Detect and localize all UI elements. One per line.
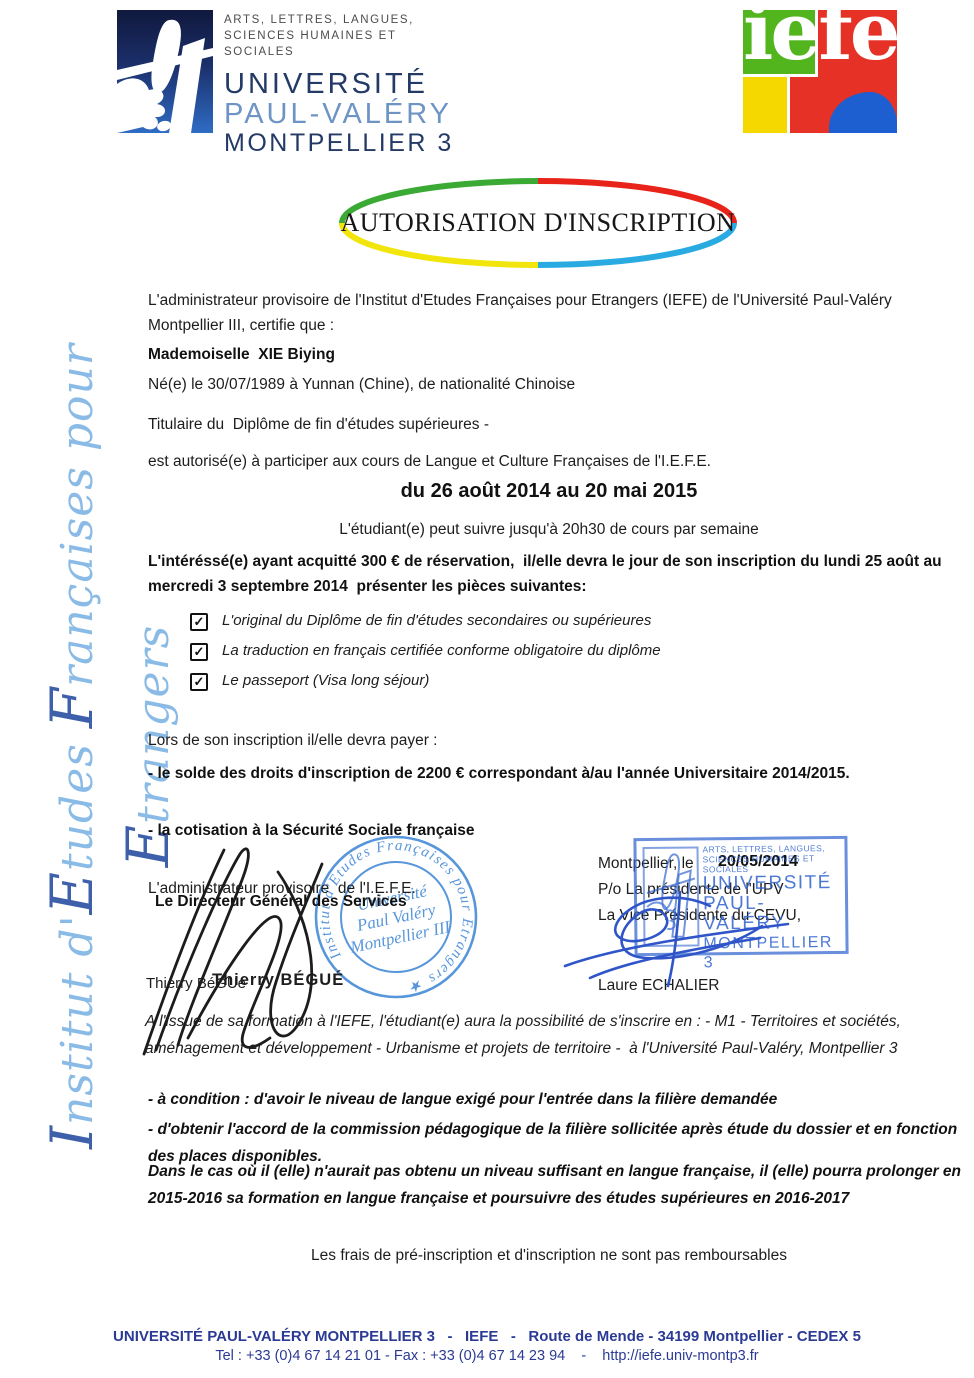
diploma-line: Titulaire du Diplôme de fin d'études sup… [148, 412, 950, 437]
page-title: AUTORISATION D'INSCRIPTION [336, 176, 740, 270]
authorization-line: est autorisé(e) à participer aux cours d… [148, 449, 950, 474]
student-name: Mademoiselle XIE Biying [148, 342, 950, 367]
university-name-2: PAUL-VALÉRY [224, 100, 454, 129]
weekly-hours: L'étudiant(e) peut suivre jusqu'à 20h30 … [148, 517, 950, 542]
upv-logo [117, 10, 213, 133]
checked-checkbox-icon: ✓ [190, 613, 208, 631]
condition-3: Dans le cas où il (elle) n'aurait pas ob… [148, 1158, 962, 1212]
intro-paragraph: L'administrateur provisoire de l'Institu… [148, 288, 950, 338]
requirement-intro: L'intéréssé(e) ayant acquitté 300 € de r… [148, 549, 960, 599]
refund-note: Les frais de pré-inscription et d'inscri… [148, 1243, 950, 1268]
checked-checkbox-icon: ✓ [190, 673, 208, 691]
faculty-line-2: SCIENCES HUMAINES ET [224, 28, 454, 44]
list-item: ✓ Le passeport (Visa long séjour) [190, 672, 830, 691]
payment-item-tuition: - le solde des droits d'inscription de 2… [148, 761, 950, 786]
checked-checkbox-icon: ✓ [190, 643, 208, 661]
faculty-line-1: ARTS, LETTRES, LANGUES, [224, 12, 454, 28]
list-item: ✓ L'original du Diplôme de fin d'études … [190, 612, 830, 631]
list-item: ✓ La traduction en français certifiée co… [190, 642, 830, 661]
university-name-3: MONTPELLIER 3 [224, 129, 454, 157]
iefe-logo-text: iefe [743, 0, 897, 78]
outcome-note: A l'issue de sa formation à l'IEFE, l'ét… [145, 1008, 957, 1062]
document-page: Institut d'Etudes Françaises pour Etrang… [0, 0, 974, 1378]
institute-vertical-title: Institut d'Etudes Françaises pour Etrang… [37, 251, 107, 1241]
birth-line: Né(e) le 30/07/1989 à Yunnan (Chine), de… [148, 372, 950, 397]
iefe-logo-blue-block [829, 92, 897, 133]
condition-1: - à condition : d'avoir le niveau de lan… [148, 1087, 960, 1112]
university-name: UNIVERSITÉ [224, 69, 454, 100]
payment-intro: Lors de son inscription il/elle devra pa… [148, 728, 950, 753]
list-item-label: La traduction en français certifiée conf… [222, 642, 661, 659]
iefe-logo: iefe [743, 10, 897, 133]
footer-contact-line: Tel : +33 (0)4 67 14 21 01 - Fax : +33 (… [0, 1348, 974, 1364]
required-documents-list: ✓ L'original du Diplôme de fin d'études … [190, 612, 830, 702]
course-period: du 26 août 2014 au 20 mai 2015 [148, 479, 950, 504]
faculty-line-3: SOCIALES [224, 44, 454, 60]
iefe-logo-yellow-block [743, 77, 790, 133]
footer-address-line: UNIVERSITÉ PAUL-VALÉRY MONTPELLIER 3 - I… [0, 1328, 974, 1345]
handwritten-signature-blue [560, 886, 795, 994]
header-university-block: ARTS, LETTRES, LANGUES, SCIENCES HUMAINE… [224, 12, 454, 157]
list-item-label: L'original du Diplôme de fin d'études se… [222, 612, 651, 629]
list-item-label: Le passeport (Visa long séjour) [222, 672, 429, 689]
document-title-seal: AUTORISATION D'INSCRIPTION [336, 176, 740, 270]
